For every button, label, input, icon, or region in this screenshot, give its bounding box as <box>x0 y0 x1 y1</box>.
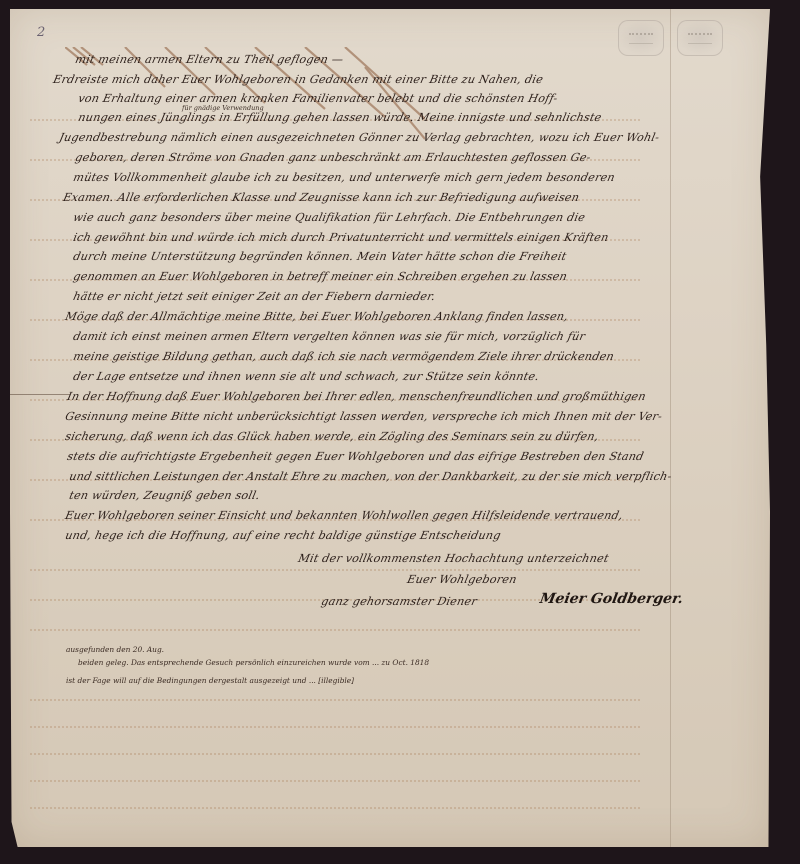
bleed-through-line <box>30 726 640 730</box>
bleed-through-line <box>30 780 640 784</box>
letter-line: und sittlichen Leistungen der Anstalt Eh… <box>68 470 673 483</box>
letter-line: ten würden, Zeugniß geben soll. <box>68 489 261 502</box>
letter-line: genommen an Euer Wohlgeboren in betreff … <box>72 270 568 283</box>
bleed-through-line <box>30 629 640 633</box>
letter-line: Erdreiste mich daher Euer Wohlgeboren in… <box>52 73 544 86</box>
letter-line: Möge daß der Allmächtige meine Bitte, be… <box>64 310 569 323</box>
letter-line: Examen. Alle erforderlichen Klasse und Z… <box>62 191 581 204</box>
bleed-through-line <box>30 699 640 703</box>
bleed-through-line <box>30 807 640 811</box>
letter-line: damit ich einst meinen armen Eltern verg… <box>72 330 586 343</box>
scan-background: 2 <box>0 0 800 864</box>
closing-servant: ganz gehorsamster Diener <box>320 595 478 608</box>
page-number: 2 <box>37 25 45 40</box>
bleed-through-line <box>30 753 640 757</box>
annotation-note: ist der Fage will auf die Bedingungen de… <box>66 676 354 685</box>
letter-line: ich gewöhnt bin und würde ich mich durch… <box>72 231 610 244</box>
closing-salutation: Euer Wohlgeboren <box>406 573 518 586</box>
letter-line: In der Hoffnung daß Euer Wohlgeboren bei… <box>66 390 647 403</box>
annotation-note: ausgefunden den 20. Aug. <box>66 645 164 654</box>
letter-line: und, hege ich die Hoffnung, auf eine rec… <box>64 529 502 542</box>
letter-line: hätte er nicht jetzt seit einiger Zeit a… <box>72 290 437 303</box>
signature: Meier Goldberger. <box>539 591 685 607</box>
paper-tear <box>10 394 70 395</box>
letter-line: Jugendbestrebung nämlich einen ausgezeic… <box>58 131 661 144</box>
letter-line: mütes Vollkommenheit glaube ich zu besit… <box>72 171 616 184</box>
letter-line: geboren, deren Ströme von Gnaden ganz un… <box>74 151 592 164</box>
letter-line: mit meinen armen Eltern zu Theil gefloge… <box>74 53 345 66</box>
letter-line: Gesinnung meine Bitte nicht unberücksich… <box>64 410 663 423</box>
bleed-through-line <box>30 569 640 573</box>
letter-page: 2 <box>10 9 770 847</box>
letter-line: der Lage entsetze und ihnen wenn sie alt… <box>72 370 540 383</box>
blind-embossed-stamp <box>677 20 723 56</box>
annotation-note: beiden geleg. Das entsprechende Gesuch p… <box>78 658 429 667</box>
margin-fold-line <box>670 9 671 847</box>
closing-formula: Mit der vollkommensten Hochachtung unter… <box>297 552 610 565</box>
letter-line: durch meine Unterstützung begründen könn… <box>72 250 568 263</box>
letter-line: stets die aufrichtigste Ergebenheit gege… <box>66 450 645 463</box>
letter-line: wie auch ganz besonders über meine Quali… <box>72 211 586 224</box>
letter-line: von Erhaltung einer armen kranken Famili… <box>77 92 559 105</box>
blind-embossed-crown-stamp <box>618 20 664 56</box>
letter-line: sicherung, daß wenn ich das Glück haben … <box>64 430 600 443</box>
letter-line: meine geistige Bildung gethan, auch daß … <box>72 350 615 363</box>
letter-line: Euer Wohlgeboren seiner Einsicht und bek… <box>64 509 624 522</box>
letter-line: nungen eines Jünglings in Erfüllung gehe… <box>77 111 603 124</box>
